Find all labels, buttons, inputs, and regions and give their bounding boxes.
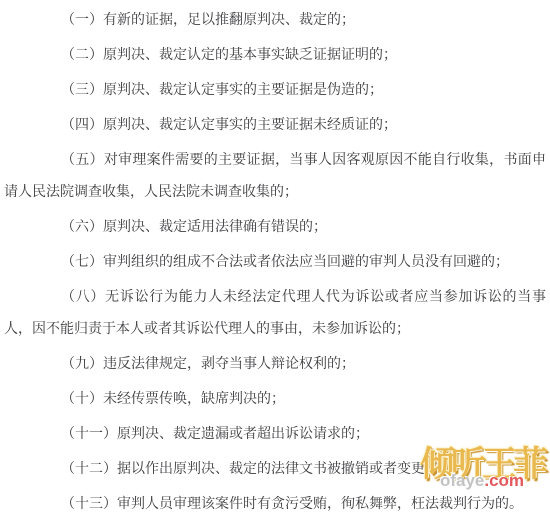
clause-2: （二）原判决、裁定认定的基本事实缺乏证据证明的； bbox=[4, 40, 546, 72]
document-body: （一）有新的证据，足以推翻原判决、裁定的； （二）原判决、裁定认定的基本事实缺乏… bbox=[0, 0, 550, 520]
clause-7: （七）审判组织的组成不合法或者依法应当回避的审判人员没有回避的； bbox=[4, 247, 546, 279]
clause-6: （六）原判决、裁定适用法律确有错误的； bbox=[4, 212, 546, 244]
clause-13: （十三）审判人员审理该案件时有贪污受贿，徇私舞弊，枉法裁判行为的。 bbox=[4, 489, 546, 520]
clause-8: （八）无诉讼行为能力人未经法定代理人代为诉讼或者应当参加诉讼的当事人，因不能归责… bbox=[4, 282, 546, 346]
clause-9: （九）违反法律规定，剥夺当事人辩论权利的； bbox=[4, 349, 546, 381]
clause-5: （五）对审理案件需要的主要证据，当事人因客观原因不能自行收集，书面申请人民法院调… bbox=[4, 145, 546, 209]
clause-1: （一）有新的证据，足以推翻原判决、裁定的； bbox=[4, 5, 546, 37]
clause-11: （十一）原判决、裁定遗漏或者超出诉讼请求的； bbox=[4, 419, 546, 451]
legal-document-page: （一）有新的证据，足以推翻原判决、裁定的； （二）原判决、裁定认定的基本事实缺乏… bbox=[0, 0, 550, 520]
clause-10: （十）未经传票传唤，缺席判决的； bbox=[4, 384, 546, 416]
clause-3: （三）原判决、裁定认定事实的主要证据是伪造的； bbox=[4, 75, 546, 107]
clause-4: （四）原判决、裁定认定事实的主要证据未经质证的； bbox=[4, 110, 546, 142]
clause-12: （十二）据以作出原判决、裁定的法律文书被撤销或者变更的； bbox=[4, 454, 546, 486]
